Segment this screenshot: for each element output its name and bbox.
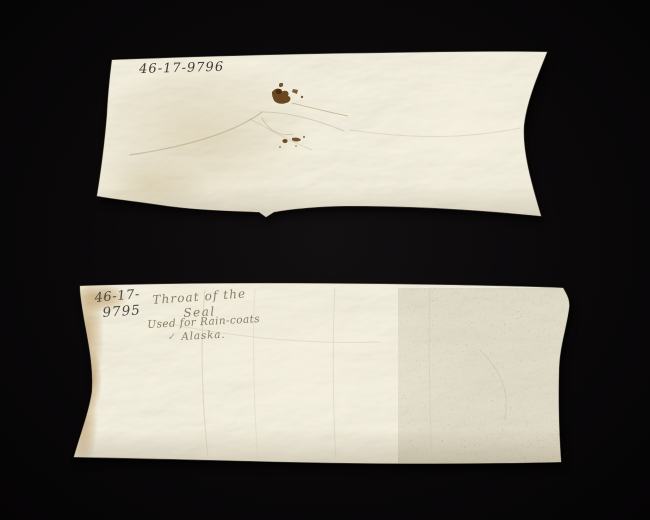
catalog-number-top: 46-17-9796	[139, 60, 224, 77]
photo-stage: 46-17-9796 46-17- 9795 Throat of the Sea…	[0, 0, 650, 520]
inscription-line-alaska: Alaska.	[181, 329, 226, 343]
specimen-illustration	[0, 0, 650, 520]
parchment-strip-bottom-shape	[68, 277, 573, 470]
catalog-number-bottom-line2: 9795	[102, 302, 141, 321]
pencil-tick-mark: ✓	[167, 332, 176, 343]
top-strip-highlight	[365, 35, 565, 205]
